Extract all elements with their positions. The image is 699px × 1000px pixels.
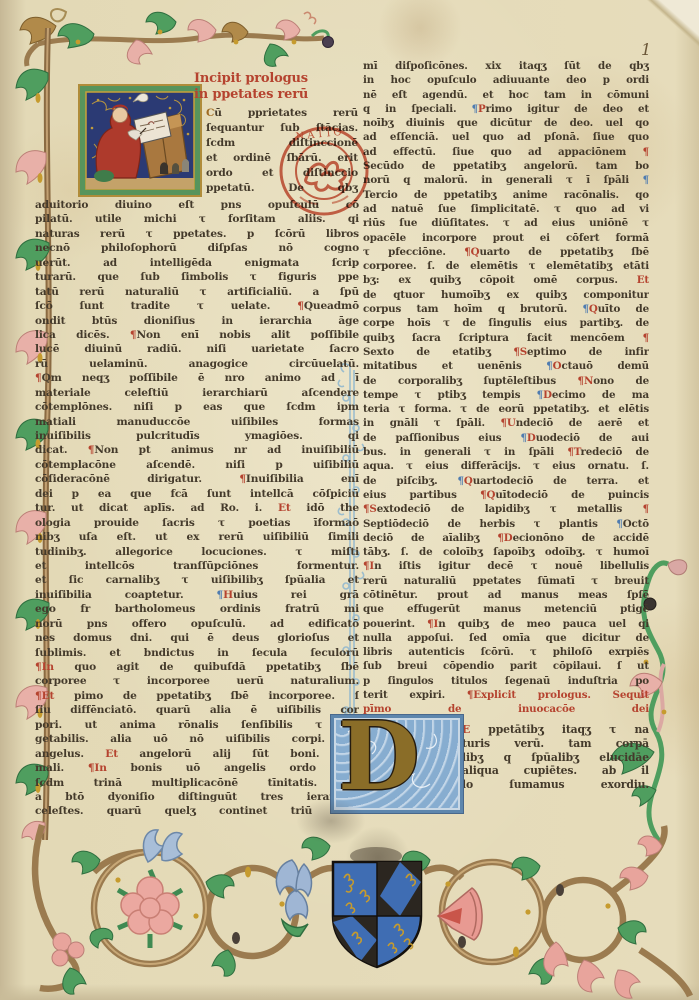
miniature-art (78, 84, 202, 197)
text-line: in gnāli τ ſpāli. ¶Undeciō de aerē et (363, 416, 649, 430)
text-line: getabilis. alia uō nō uiſibilis corpi. u… (35, 732, 359, 746)
stamp-text: NATIO (295, 127, 345, 143)
blue-acanthus (143, 830, 182, 862)
text-line: ¶In quo agit de quibuſdā ppetatibʒ ſbē (35, 660, 359, 674)
text-line: corpus tam hoīm q brutorū. ¶Quīto de (363, 302, 649, 316)
text-line: dicat. ¶Non pt animus nr ad inuiſibiliū (35, 443, 359, 457)
initial-letter: D (338, 702, 420, 812)
miniature-scholar-writing (78, 84, 202, 197)
text-line: ſcō ſunt tradite τ uelate. ¶Queadmō (35, 299, 359, 313)
text-line: corporee τ incorporee uerū naturalium. (35, 674, 359, 688)
page-corner-fold (643, 0, 699, 48)
text-line: lica dicēs. ¶Non enī nobis alit poſſibil… (35, 328, 359, 342)
text-line: de corporalibʒ ſuptēleſtibus ¶Nono de (363, 374, 649, 388)
rubric-line: in ppetates rerū (194, 87, 360, 103)
text-line: nulla appoſui. ſed omīa que dicitur de (363, 631, 649, 645)
text-line: tempe τ ptibʒ tempis ¶Decimo de ma (363, 388, 649, 402)
rubric-line: Incipit prologus (194, 71, 360, 87)
text-line: turarū. que ſub ſimbolis τ figuris ppe (35, 270, 359, 284)
text-line: riūs ſue diūſitates. τ ad eius uniōnē τ (363, 216, 649, 230)
text-line: terit expiri. ¶Explicit prologus. Sequit (363, 688, 649, 702)
text-line: mitatibus et uenēnis ¶Octauō demū (363, 359, 649, 373)
text-line: nes domus dni. qui ē deus glorioſus et (35, 631, 359, 645)
text-line: Sexto de etatibʒ ¶Septimo de infir (363, 345, 649, 359)
text-line: cōtinētur. prout ad manus meas ſpſē (363, 588, 649, 602)
text-line: mī diſpoſicōnes. xix itaqʒ ſūt de qbʒ (363, 59, 649, 73)
text-line: ſcdm trinā multiplicacōnē tīnitatis. In (35, 776, 359, 790)
rosette-flower (118, 870, 182, 948)
text-line: de paſſionibus eius ¶Duodeciō de aui (363, 431, 649, 445)
text-line: et ſic carnalibʒ τ uiſibilibʒ ſpūalia et (35, 573, 359, 587)
text-line: cōtemplacōne aſcendē. niſi p uiſibiliū (35, 458, 359, 472)
left-column: aduitorio diuino eſt pns opuſculū cōpila… (35, 198, 359, 819)
text-line: cōtemplōnes. niſi p eas que ſcdm ipm (35, 400, 359, 414)
text-line: in hoc opuſculo adiuuante deo p ordi (363, 73, 649, 87)
text-line: et intellcōs tranſſūpciōnes formentur. (35, 559, 359, 573)
text-line: pori. ut anima rōnalis ſenſibilis τ ue (35, 718, 359, 732)
text-line: Septiōdeciō de herbis τ plantis ¶Octō (363, 517, 649, 531)
text-line: Tercio de ppetatibʒ anime racōnalis. qo (363, 188, 649, 202)
text-line: ego fr bartholomeus ordinis fratrū mi (35, 602, 359, 616)
text-line: eius partibus ¶Quītodeciō de puincis (363, 488, 649, 502)
text-line: rerū naturaliū ppetates ſūmatī τ breuit (363, 574, 649, 588)
text-line: ſiu diffēnciatō. quarū alia ē uiſibilis … (35, 703, 359, 717)
text-line: teria τ forma. τ de eorū ppetatibʒ. et e… (363, 402, 649, 416)
text-line: bʒ: ex quibʒ cōpoit omē corpus. Et (363, 273, 649, 287)
text-line: aqua. τ eius differācijs. τ eius ornatu.… (363, 459, 649, 473)
text-line: rū uelaminū. anagogice circūuelatū. (35, 357, 359, 371)
text-line: tudinibʒ. allegorice locuciones. τ miſti (35, 545, 359, 559)
text-line: corporee. ſ. de elemētis τ elemētatibʒ e… (363, 259, 649, 273)
text-line: nibʒ uſa eſt. ut ex rerū uiſibiliū ſimil… (35, 530, 359, 544)
text-line: ad effectū. ſiue quo ad appaciōnem ¶ (363, 145, 649, 159)
text-line: aliqua cupiētes. ab il (462, 764, 649, 778)
manuscript-page: Incipit prologus in ppetates rerū Cū ppr… (0, 0, 699, 1000)
text-line: ondit btūs dioniſius in ierarchia āge (35, 314, 359, 328)
text-line: τ pfecciōne. ¶Quarto de ppetatibʒ ſbē (363, 245, 649, 259)
text-line: necnō philoſophorū diſpſas nō cogno (35, 241, 359, 255)
text-line: tatū rerū naturaliū τ artificialiū. a ſp… (35, 285, 359, 299)
rubric-incipit: Incipit prologus in ppetates rerū (194, 71, 360, 103)
text-line: norū pns offero opuſculū. ad edificatō (35, 617, 359, 631)
text-line: lo ſumamus exordiu. (462, 778, 649, 792)
text-line: ſub breui cōpendio parit cōpilaui. ſ ut (363, 659, 649, 673)
text-line: Cū pprietates rerū (206, 106, 358, 121)
text-line: ¶In iſtis igitur decē τ nouē libellulis (363, 559, 649, 573)
text-line: inuiſibilis pulcritudīs ymagiōes. qi (35, 429, 359, 443)
library-stamp: NATIO (276, 123, 372, 219)
text-line: deciō de aīalibʒ ¶Decionōno de accidē (363, 531, 649, 545)
text-line: bus. in generali τ in ſpāli ¶Tredeciō de (363, 445, 649, 459)
text-line: noībʒ diuinis que dicūtur de deo. uel qo (363, 116, 649, 130)
text-line: quibʒ ſacra ſcriptura facit mencōem ¶ (363, 331, 649, 345)
text-line: tābʒ. ſ. de coloībʒ ſapoībʒ odoībʒ. τ hu… (363, 545, 649, 559)
text-line: inuiſibilia coaptetur. ¶Huius rei grā (35, 588, 359, 602)
text-line: ¶Sextodeciō de lapidibʒ τ metallis ¶ (363, 502, 649, 516)
text-line: ſublimis. et bndictus in ſecula ſeculorū (35, 646, 359, 660)
text-line: matiali manuduccōe uiſibiles formas (35, 415, 359, 429)
text-line: libʒ q ſpūalibʒ elucidāe (462, 751, 649, 765)
text-line: E ppetātibʒ itaqʒ τ na (462, 723, 649, 737)
bottom-border-decoration (0, 820, 699, 1000)
text-line: lucē diuinū radiū. niſi uarietate ſacro (35, 342, 359, 356)
text-line: naturas rerū τ ppetates. p ſcōrū libros (35, 227, 359, 241)
text-line: tur. ut dicat aplīs. ad Ro. i. Et idō th… (35, 501, 359, 515)
stamp-griffin-emblem (306, 162, 346, 190)
text-line: opacēle incorpore prout ei cōfert formā (363, 231, 649, 245)
text-line: ad eſſenciā. uel quo ad pſonā. ſiue quo (363, 130, 649, 144)
text-line: turis verū. tam corpā (462, 737, 649, 751)
text-line: angelus. Et angelorū alij ſūt boni. alij (35, 747, 359, 761)
text-line: Secūdo de ppetatibʒ angelorū. tam bo (363, 159, 649, 173)
text-line: norū q malorū. in generali τ ī ſpāli ¶ (363, 173, 649, 187)
text-line: de piſcibʒ. ¶Quartodeciō de terra. et (363, 474, 649, 488)
text-line: ad natuē ſue ſimplicitatē. τ quo ad vi (363, 202, 649, 216)
text-line: ¶Et pimo de ppetatibʒ ſbē incorporee. ſ (35, 689, 359, 703)
text-line: pouerint. ¶In quibʒ de meo pauca uel qi (363, 617, 649, 631)
text-line: cōſideracōnē dirigatur. ¶Inuiſibilia enī (35, 472, 359, 486)
text-line: mali. ¶In bonis uō angelis ordo eſt. (35, 761, 359, 775)
text-line: que effugerūt manus metenciū ptigē (363, 602, 649, 616)
incipit-paragraph: E ppetātibʒ itaqʒ τ naturis verū. tam co… (462, 723, 649, 792)
ink-smudge (296, 798, 366, 844)
text-line: nē eſt agendū. et hoc tam in cōmuni (363, 88, 649, 102)
text-line: ologia prouide ſacris τ poetias īformaō (35, 516, 359, 530)
text-line: uerūt. ad intelligēda enigmata ſcrip (35, 256, 359, 270)
text-line: p ſingulos titulos ſegenaū induſtria po (363, 674, 649, 688)
text-line: dei p ea que fcā ſunt intellcā cōſpiciū (35, 487, 359, 501)
text-line: materiale celeſtiū ierarchiarū aſcendere (35, 386, 359, 400)
text-line: corpe hoīs τ de ſingulis eius partibʒ. d… (363, 316, 649, 330)
coat-of-arms (333, 847, 421, 970)
text-line: q in ſpeciali. ¶Primo igitur de deo et (363, 102, 649, 116)
text-line: libris autenticis ſcōrū. τ philoſō exrpi… (363, 645, 649, 659)
text-line: de qtuor humoībʒ ex quibʒ componitur (363, 288, 649, 302)
right-column: mī diſpoſicōnes. xix itaqʒ ſūt de qbʒin … (363, 59, 649, 717)
text-line: ¶Qm neqʒ poſſibile ē nro animo ad ī (35, 371, 359, 385)
